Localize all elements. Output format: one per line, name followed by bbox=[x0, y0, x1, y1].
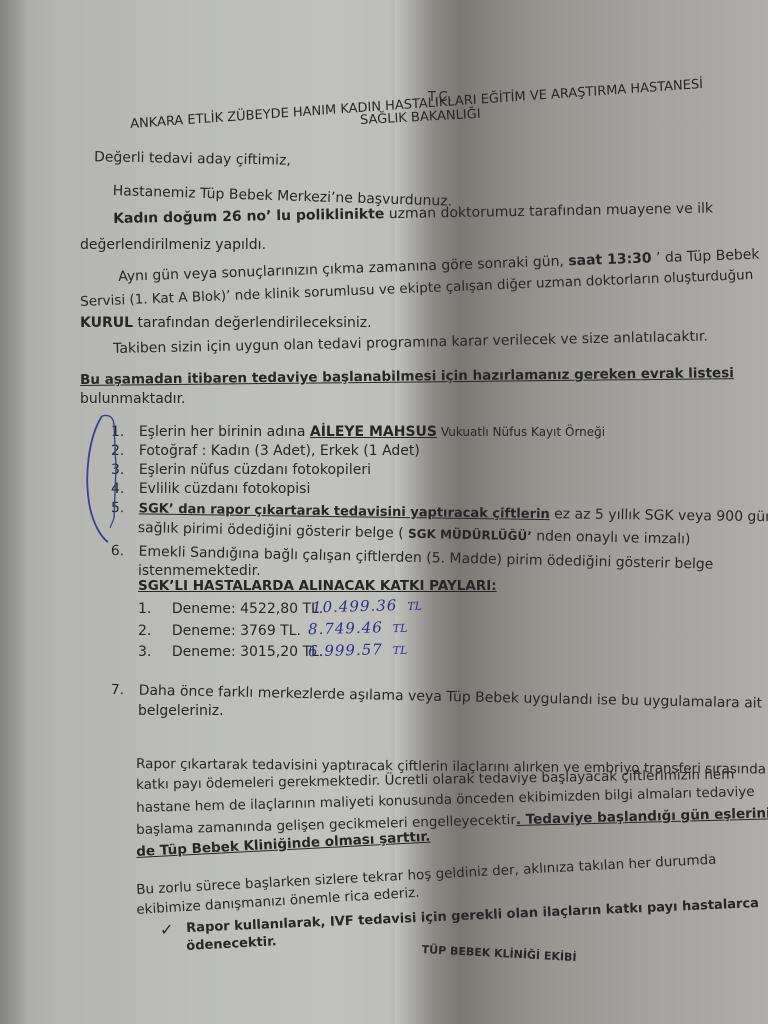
paragraph-3-time: saat 13:30 bbox=[568, 250, 652, 269]
item-number: 5. bbox=[111, 500, 125, 516]
handwritten-unit: TL bbox=[393, 622, 408, 635]
list-item-2: 2. Fotoğraf : Kadın (3 Adet), Erkek (1 A… bbox=[111, 444, 420, 458]
handwritten-amount-1: 10.499.36TL bbox=[312, 596, 422, 617]
item-number: 7. bbox=[111, 682, 125, 698]
item-text: Daha önce farklı merkezlerde aşılama vey… bbox=[138, 683, 762, 712]
list-item-7-line-2: belgeleriniz. bbox=[138, 704, 224, 718]
item-number: 1. bbox=[111, 424, 124, 440]
paragraph-3-kurul: KURUL bbox=[80, 315, 133, 331]
item-text: Fotoğraf : Kadın (3 Adet), Erkek (1 Adet… bbox=[139, 443, 420, 459]
item-text-b: Vukuatlı Nüfus Kayıt Örneği bbox=[437, 425, 605, 439]
copay-label: Deneme: 3015,20 TL. bbox=[172, 644, 323, 660]
closing-bold: . Tedaviye başlandığı gün eşlerinizin bbox=[516, 805, 768, 828]
item-number: 2. bbox=[111, 443, 124, 459]
copay-label: Deneme: 3769 TL. bbox=[172, 623, 301, 639]
signature: TÜP BEBEK KLİNİĞİ EKİBİ bbox=[421, 944, 576, 963]
copay-number: 3. bbox=[138, 644, 151, 660]
item-text: ez az 5 yıllık SGK veya 900 gün bbox=[550, 506, 768, 525]
item-number: 4. bbox=[111, 481, 124, 497]
handwritten-value: 10.499.36 bbox=[312, 596, 398, 616]
list-item-4: 4. Evlilik cüzdanı fotokopisi bbox=[111, 482, 310, 496]
salutation: Değerli tedavi aday çiftimiz, bbox=[94, 150, 291, 167]
checklist-intro: Bu aşamadan itibaren tedaviye başlanabil… bbox=[80, 367, 734, 387]
handwritten-amount-2: 8.749.46TL bbox=[308, 618, 408, 639]
handwritten-unit: TL bbox=[393, 644, 408, 657]
item-bold: AİLEYE MAHSUS bbox=[310, 424, 437, 440]
paragraph-2-bold: Kadın doğum 26 no’ lu poliklinikte bbox=[113, 206, 384, 227]
item-text: Evlilik cüzdanı fotokopisi bbox=[139, 481, 311, 497]
list-item-6-line-2: istenmemektedir. bbox=[138, 564, 261, 578]
paragraph-2-line-1: Kadın doğum 26 no’ lu poliklinikte uzman… bbox=[113, 202, 713, 226]
copay-number: 1. bbox=[138, 601, 151, 617]
copay-row-2: 2. Deneme: 3769 TL. bbox=[138, 624, 301, 638]
copay-label: Deneme: 4522,80 TL. bbox=[172, 601, 323, 617]
check-icon: ✓ bbox=[160, 922, 173, 938]
bullet-line-2: ödenecektir. bbox=[186, 935, 277, 953]
item-bold: SGK MÜDÜRLÜĞÜ’ bbox=[408, 527, 532, 544]
item-number: 6. bbox=[111, 543, 125, 559]
item-text-b: nden onaylı ve imzalı) bbox=[532, 528, 691, 547]
copay-row-1: 1. Deneme: 4522,80 TL. bbox=[138, 602, 323, 616]
paragraph-2-line-2: değerlendirilmeniz yapıldı. bbox=[80, 238, 266, 252]
paragraph-3-line-3: KURUL tarafından değerlendirileceksiniz. bbox=[80, 316, 372, 330]
closing-line-6: Bu zorlu sürece başlarken sizlere tekrar… bbox=[136, 854, 717, 898]
list-item-5-line-2: sağlık pirimi ödediğini gösterir belge (… bbox=[138, 521, 691, 547]
handwritten-amount-3: 6.999.57TL bbox=[308, 640, 408, 661]
checklist-intro-line-2: bulunmaktadır. bbox=[80, 392, 186, 406]
item-text: Eşlerin nüfus cüzdanı fotokopileri bbox=[139, 462, 371, 478]
copay-row-3: 3. Deneme: 3015,20 TL. bbox=[138, 645, 323, 659]
list-item-3: 3. Eşlerin nüfus cüzdanı fotokopileri bbox=[111, 463, 371, 477]
paragraph-4: Takiben sizin için uygun olan tedavi pro… bbox=[113, 330, 708, 356]
paragraph-3-rest: tarafından değerlendirileceksiniz. bbox=[133, 315, 372, 331]
handwritten-unit: TL bbox=[407, 600, 422, 613]
paragraph-3-text-b: ’ da Tüp Bebek bbox=[651, 247, 759, 267]
item-number: 3. bbox=[111, 462, 124, 478]
copay-number: 2. bbox=[138, 623, 151, 639]
handwritten-value: 6.999.57 bbox=[308, 640, 383, 660]
list-item-1: 1. Eşlerin her birinin adına AİLEYE MAHS… bbox=[111, 425, 605, 439]
item-text: Eşlerin her birinin adına bbox=[139, 424, 310, 440]
item-text: sağlık pirimi ödediğini gösterir belge ( bbox=[138, 520, 409, 542]
copay-title: SGK’LI HASTALARDA ALINACAK KATKI PAYLARI… bbox=[138, 580, 497, 594]
handwritten-value: 8.749.46 bbox=[308, 618, 383, 638]
paper-shadow-left bbox=[0, 0, 30, 1024]
item-bold: SGK’ dan rapor çıkartarak tedavisini yap… bbox=[139, 501, 550, 522]
